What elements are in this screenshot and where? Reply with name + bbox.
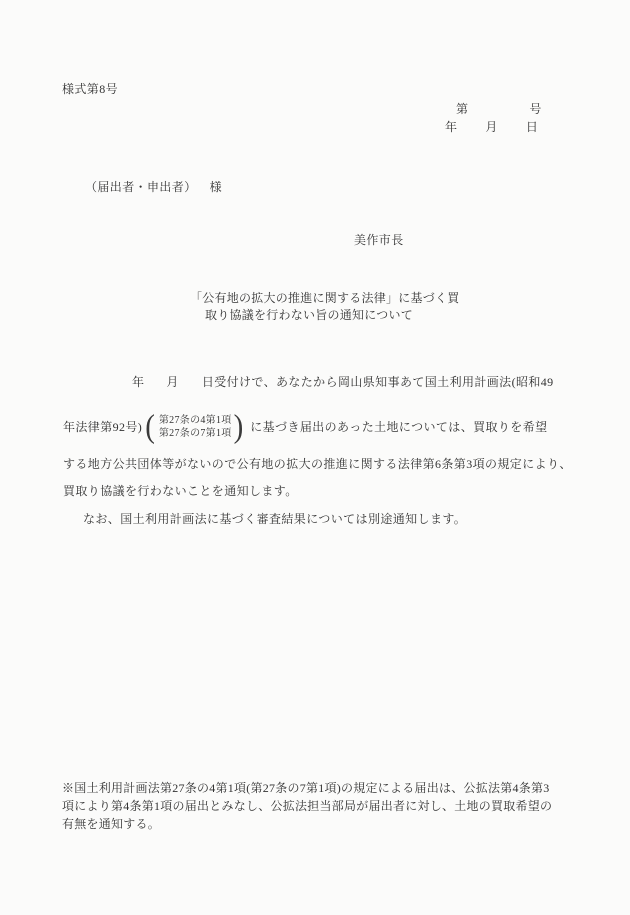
bracket-close-paren: ) xyxy=(234,411,244,443)
body-line5: なお、国土利用計画法に基づく審査結果については別途通知します。 xyxy=(83,512,466,526)
body-line2: 年法律第92号) ( 第27条の4第1項 第27条の7第1項 ) に基づき届出の… xyxy=(63,406,548,448)
recipient-honorific: 様 xyxy=(210,180,222,194)
bracket-option-2: 第27条の7第1項 xyxy=(159,427,232,440)
doc-number-blank xyxy=(468,112,529,113)
body-month-blank xyxy=(179,385,202,386)
body-year-label: 年 xyxy=(132,375,144,389)
doc-number-prefix: 第 xyxy=(456,102,468,116)
body-line1: 年月日受付けで、あなたから岡山県知事あて国土利用計画法(昭和49 xyxy=(63,375,554,389)
recipient-label: （届出者・申出者） xyxy=(85,180,197,194)
body-line4: 買取り協議を行わないことを通知します。 xyxy=(63,484,298,498)
doc-title-line1: 「公有地の拡大の推進に関する法律」に基づく買 xyxy=(190,291,460,305)
doc-title-line2: 取り協議を行わない旨の通知について xyxy=(205,308,413,322)
body-line3: する地方公共団体等がないので公有地の拡大の推進に関する法律第6条第3項の規定によ… xyxy=(63,457,572,471)
body-line2-after: に基づき届出のあった土地については、買取りを希望 xyxy=(250,420,547,434)
footnote-line2: 項により第4条第1項の届出とみなし、公拡法担当部局が届出者に対し、土地の買取希望… xyxy=(62,797,552,815)
body-month-label: 月 xyxy=(166,375,178,389)
date-row: 年月日 xyxy=(445,120,538,134)
bracket-option-1: 第27条の4第1項 xyxy=(159,414,232,427)
date-day-label: 日 xyxy=(526,120,538,134)
body-line2-before: 年法律第92号) xyxy=(63,420,142,434)
footnote-line1: ※国土利用計画法第27条の4第1項(第27条の7第1項)の規定による届出は、公拡… xyxy=(62,779,552,797)
date-month-blank xyxy=(498,130,526,131)
date-year-label: 年 xyxy=(445,120,457,134)
footnote: ※国土利用計画法第27条の4第1項(第27条の7第1項)の規定による届出は、公拡… xyxy=(62,779,552,833)
recipient-row: （届出者・申出者）様 xyxy=(85,180,222,194)
document-page: 様式第8号 第号 年月日 （届出者・申出者）様 美作市長 「公有地の拡大の推進に… xyxy=(0,0,630,915)
bracket-open-paren: ( xyxy=(145,411,155,443)
doc-number-row: 第号 xyxy=(456,102,542,116)
body-date-indent-blank xyxy=(63,385,132,386)
body-year-blank xyxy=(144,385,166,386)
body-line1-text: 日受付けで、あなたから岡山県知事あて国土利用計画法(昭和49 xyxy=(202,375,554,389)
form-number: 様式第8号 xyxy=(62,82,118,96)
footnote-line3: 有無を通知する。 xyxy=(62,815,552,833)
date-month-label: 月 xyxy=(485,120,497,134)
date-year-blank xyxy=(457,130,485,131)
bracket-options: 第27条の4第1項 第27条の7第1項 xyxy=(159,414,232,440)
doc-number-suffix: 号 xyxy=(529,102,541,116)
sender-name: 美作市長 xyxy=(354,233,404,247)
